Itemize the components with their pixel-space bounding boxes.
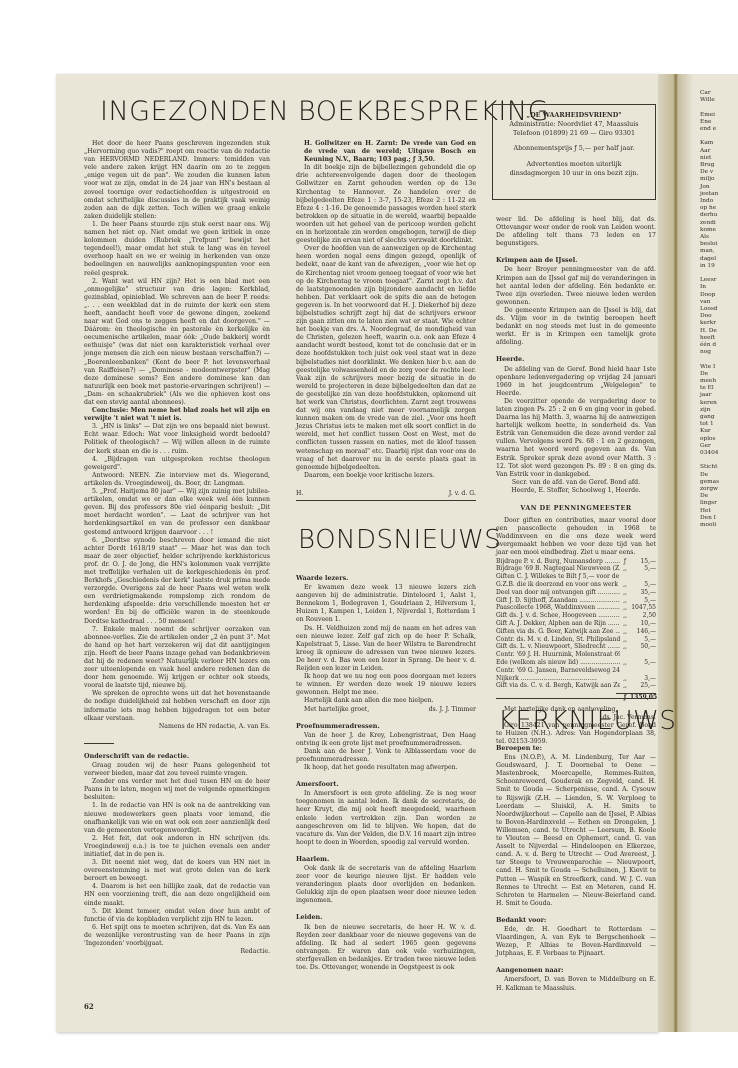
kerknieuws-text: Amersfoort, D. van Boven te Middelburg e… — [496, 976, 656, 992]
donation-label: Gift ds. L. v. Nieuwpoort, Sliedrecht ..… — [496, 643, 620, 651]
ingezonden-paragraph: 2. Want wat wil HN zijn? Het is een blad… — [84, 278, 270, 408]
headline-ingezonden: INGEZONDEN — [100, 96, 289, 127]
donation-row: Gift via ds. C. v. d. Bergh, Katwijk aan… — [496, 682, 656, 690]
redactie-paragraph: 1. In de redactie van HN is ook na de aa… — [84, 802, 270, 834]
donation-currency — [620, 651, 630, 659]
donation-row: Gift J. D. Sijthoff, Zaandam ...........… — [496, 597, 656, 605]
donation-amount: 5,— — [630, 636, 656, 644]
adjacent-page-edge: CarWilleEmeiEneend eKamAarnietBrugDe vmi… — [692, 74, 738, 1032]
adjacent-page-text: 03404 — [700, 450, 718, 458]
box-admin: Administratie: Noordvliet 47, Maassluis — [493, 120, 655, 129]
donation-amount: 5,— — [630, 581, 656, 589]
donation-row: Gift ds. J. v. d. Schee, Hoogeveen .....… — [496, 612, 656, 620]
donation-row: Contr. ds. M. v. d. Linden, St. Philipsl… — [496, 636, 656, 644]
section-signature: Secr. van de afd. van de Geref. Bond afd… — [496, 479, 656, 495]
donation-row: Contr. '69 J. H. Huurnink, Molenstraat 6… — [496, 651, 656, 659]
section-divider — [296, 500, 476, 501]
section-paragraph: Hartelijk dank aan allen die mee hielpen… — [296, 697, 476, 705]
ingezonden-paragraph: We spreken de oprechte wens uit dat het … — [84, 690, 270, 722]
adjacent-page-text: nog — [700, 349, 711, 357]
book-reference: H. Gollwitzer en H. Zarnt: De vrede van … — [296, 140, 476, 164]
redactie-paragraph: Graag zouden wij de heer Paans gelegenhe… — [84, 762, 270, 778]
review-paragraph: Over de hoofden van de aanwezigen op de … — [296, 245, 476, 472]
box-ads: Advertenties moeten uiterlijk dinsdagmor… — [493, 160, 655, 178]
donation-row: Paascollecte 1968, Waddinxveen .........… — [496, 604, 656, 612]
donation-currency: ,, — [620, 682, 630, 690]
box-phone: Telefoon (01899) 21 69 — Giro 93301 — [493, 129, 655, 138]
donation-currency: ƒ — [620, 558, 630, 566]
section-title: Heerde. — [496, 355, 656, 363]
donation-currency: ,, — [620, 612, 630, 620]
donation-row: Deel van door mij ontvangen gift .......… — [496, 589, 656, 597]
penningmeester-intro: Door giften en contributies, maar vooral… — [496, 517, 656, 557]
section-paragraph: weer lid. De afdeling is heel blij, dat … — [496, 216, 656, 248]
ingezonden-paragraph: 3. „HN is links" — Dat zijn we ons bepaa… — [84, 423, 270, 455]
subscription-info-box: „DE WAARHEIDSVRIEND" Administratie: Noor… — [492, 104, 656, 200]
donation-amount: 50,— — [630, 643, 656, 651]
donation-label: Nijkerk ................................… — [496, 675, 620, 683]
headline-bondsnieuws: BONDSNIEUWS — [298, 525, 501, 555]
section-divider — [496, 698, 656, 699]
donation-amount: 25,— — [630, 682, 656, 690]
section-paragraph: Ik ben de nieuwe secretaris, de heer H. … — [296, 924, 476, 973]
donation-amount: 1047,55 — [630, 604, 656, 612]
section-paragraph: Van de heer J. de Krey, Lobengristraat, … — [296, 732, 476, 748]
headline-kerknieuws: KERKNIEUWS — [498, 706, 676, 736]
section-title: Haarlem. — [296, 855, 476, 863]
donation-row: Contr. '69 G. Jansen, Barneveldseweg 24a… — [496, 667, 656, 675]
donation-currency: ,, — [620, 675, 630, 683]
adjacent-page-text: mooli — [700, 522, 716, 530]
penningmeester-title: VAN DE PENNINGMEESTER — [496, 505, 656, 513]
donation-currency: ,, — [620, 620, 630, 628]
donation-label: Bijdrage '69 B. Nagtegaal Nieuwveen (Z.H… — [496, 565, 620, 573]
signoff-name: ds. J. J. Timmer — [429, 706, 476, 714]
donation-amount: 15,— — [630, 558, 656, 566]
donation-amount: 146,— — [630, 628, 656, 636]
section-title: Leiden. — [296, 913, 476, 921]
donation-label: Bijdrage P. v. d. Burg, Numansdorp .....… — [496, 558, 620, 566]
review-paragraph: Daarom, een boekje voor kritische lezers… — [296, 472, 476, 480]
donation-amount — [630, 667, 656, 675]
donation-label: Gift via ds. C. v. d. Bergh, Katwijk aan… — [496, 682, 620, 690]
donation-label: Paascollecte 1968, Waddinxveen .........… — [496, 604, 620, 612]
redactie-paragraph: 5. Dit klemt temeer, omdat velen door hu… — [84, 908, 270, 924]
donation-amount: 5,— — [630, 659, 656, 667]
section-title: Krimpen aan de IJssel. — [496, 256, 656, 264]
donation-currency: ,, — [620, 597, 630, 605]
section-paragraph: De heer Broyer penningmeester van de afd… — [496, 266, 656, 306]
section-paragraph: De voorzitter opende de vergadering door… — [496, 398, 656, 479]
section-title: Proefnummeradressen. — [296, 722, 476, 730]
redactie-paragraph: 4. Daarom is het een billijke zaak, dat … — [84, 883, 270, 907]
signoff-greeting: Met hartelijke groet, — [304, 706, 369, 714]
box-title: „DE WAARHEIDSVRIEND" — [493, 111, 655, 120]
donation-amount: 5,— — [630, 597, 656, 605]
section-paragraph: Er kwamen deze week 13 nieuwe lezers zic… — [296, 584, 476, 624]
page-binding-gutter — [658, 74, 692, 1032]
ingezonden-paragraph: Het door de heer Paans geschreven ingezo… — [84, 140, 270, 221]
short-divider — [84, 743, 114, 744]
section-paragraph: De gemeente Krimpen aan de IJssel is bli… — [496, 307, 656, 347]
section-paragraph: Dank aan de heer J. Vonk te Alblasserdam… — [296, 748, 476, 764]
donation-row: Giften C. J. Willekes te Bilt ƒ 5,— voor… — [496, 573, 656, 581]
donation-label: Contr. ds. M. v. d. Linden, St. Philipsl… — [496, 636, 620, 644]
bondsnieuws-column: Waarde lezers.Er kwamen deze week 13 nie… — [296, 566, 476, 972]
donation-label: G.Z.B. die ik doorzond en voor ons werk … — [496, 581, 620, 589]
section-paragraph: In Amersfoort is een grote afdeling. Ze … — [296, 790, 476, 847]
donation-label: Gift A. J. Dekker, Alphen aan de Rijn ..… — [496, 620, 620, 628]
section-paragraph: De afdeling van de Geref. Bond hield haa… — [496, 366, 656, 398]
donation-currency: ,, — [620, 643, 630, 651]
donation-currency: ,, — [620, 636, 630, 644]
signoff-row: Met hartelijke groet,ds. J. J. Timmer — [296, 706, 476, 714]
donation-row: Nijkerk ................................… — [496, 675, 656, 683]
donation-amount: 5,— — [630, 565, 656, 573]
section-title: Waarde lezers. — [296, 574, 476, 582]
donation-currency: ,, — [620, 659, 630, 667]
adjacent-page-text: end e — [700, 126, 716, 134]
ingezonden-paragraph: 5. „Prof. Haitjema 80 jaar" — Wij zijn z… — [84, 488, 270, 537]
donation-label: Contr. '69 G. Jansen, Barneveldseweg 24a… — [496, 667, 620, 675]
box-price: Abonnementsprijs ƒ 5,— per half jaar. — [493, 144, 655, 153]
donation-label: Gift ds. J. v. d. Schee, Hoogeveen .....… — [496, 612, 620, 620]
review-author-initials: J. v. d. G. — [449, 490, 476, 498]
ingezonden-paragraph: 6. „Dordtse synode beschreven door ieman… — [84, 537, 270, 626]
donation-amount: 10,— — [630, 620, 656, 628]
donations-list: Bijdrage P. v. d. Burg, Numansdorp .....… — [496, 558, 656, 691]
donation-currency — [620, 573, 630, 581]
donation-label: Contr. '69 J. H. Huurnink, Molenstraat 6… — [496, 651, 620, 659]
donation-currency: ,, — [620, 581, 630, 589]
section-title: Amersfoort. — [296, 780, 476, 788]
redactie-signature: Redactie. — [84, 948, 270, 956]
donation-label: Ede (welkom als nieuw lid) .............… — [496, 659, 620, 667]
review-initial-left: H. — [296, 490, 303, 498]
section-paragraph: Ik hoop dat we nu nog een poos doorgaan … — [296, 673, 476, 697]
kerknieuws-subhead: Bedankt voor: — [496, 916, 656, 924]
donation-amount — [630, 651, 656, 659]
donation-amount: 3,— — [630, 675, 656, 683]
donation-label: Deel van door mij ontvangen gift .......… — [496, 589, 620, 597]
donation-currency — [620, 667, 630, 675]
adjacent-page-text: in 19 — [700, 263, 715, 271]
ingezonden-paragraph: Conclusie: Men neme het blad zoals het w… — [84, 407, 270, 423]
section-paragraph: Ds. H. Veldhuizen zond mij de naam en he… — [296, 625, 476, 674]
ingezonden-paragraph: 7. Enkele malen noemt de schrijver oorza… — [84, 626, 270, 691]
donation-row: Ede (welkom als nieuw lid) .............… — [496, 659, 656, 667]
redactie-paragraph: 6. Het spijt ons te moeten schrijven, da… — [84, 924, 270, 948]
page-number: 62 — [84, 1002, 94, 1011]
bondsnieuws-continued-column: weer lid. De afdeling is heel blij, dat … — [496, 216, 656, 746]
redactie-paragraph: 2. Het feit, dat ook anderen in HN schri… — [84, 835, 270, 859]
adjacent-page-text: Wille — [700, 97, 715, 105]
donation-label: Gift J. D. Sijthoff, Zaandam ...........… — [496, 597, 620, 605]
donation-row: Bijdrage P. v. d. Burg, Numansdorp .....… — [496, 558, 656, 566]
kerknieuws-text: Ede, dr. H. Goedhart te Rotterdam — Vlaa… — [496, 926, 656, 958]
redactie-subhead: Onderschrift van de redactie. — [84, 752, 270, 760]
donation-amount: 2,50 — [630, 612, 656, 620]
section-paragraph: Ook dank ik de secretaris van de afdelin… — [296, 865, 476, 905]
ingezonden-paragraph: 4. „Bijdragen van uitgesproken rechtse t… — [84, 456, 270, 472]
boekbespreking-column: H. Gollwitzer en H. Zarnt: De vrede van … — [296, 140, 476, 498]
donation-label: Giften C. J. Willekes te Bilt ƒ 5,— voor… — [496, 573, 620, 581]
kerknieuws-subhead: Aangenomen naar: — [496, 966, 656, 974]
donation-currency: ,, — [620, 628, 630, 636]
donation-amount — [630, 573, 656, 581]
donation-amount: 35,— — [630, 589, 656, 597]
donation-row: Gift ds. L. v. Nieuwpoort, Sliedrecht ..… — [496, 643, 656, 651]
ingezonden-paragraph: 1. De heer Paans stuurde zijn stuk eerst… — [84, 221, 270, 278]
ingezonden-column: Het door de heer Paans geschreven ingezo… — [84, 140, 270, 956]
donation-currency: ,, — [620, 604, 630, 612]
donation-currency: ,, — [620, 589, 630, 597]
redactie-paragraph: 3. Dit neemt niet weg, dat de koers van … — [84, 859, 270, 883]
ingezonden-signature: Namens de HN redactie, A. van Es. — [84, 723, 270, 731]
review-paragraph: In dit boekje zijn de bijbellezingen geb… — [296, 164, 476, 245]
donation-row: Gift A. J. Dekker, Alphen aan de Rijn ..… — [496, 620, 656, 628]
kerknieuws-subhead: Beroepen te: — [496, 744, 656, 752]
kerknieuws-column: Beroepen te:Ens (N.O.P.), A. M. Lindenbu… — [496, 744, 656, 993]
donation-label: Giften via ds. G. Boer, Katwijk aan Zee … — [496, 628, 620, 636]
redactie-paragraph: Zonder ons verder met het duel tusen HN … — [84, 778, 270, 802]
section-paragraph: Ik hoop, dat het goede resultaten mag af… — [296, 764, 476, 772]
donation-currency: ,, — [620, 565, 630, 573]
kerknieuws-text: Ens (N.O.P.), A. M. Lindenburg, Ter Aar … — [496, 754, 656, 908]
donation-row: G.Z.B. die ik doorzond en voor ons werk … — [496, 581, 656, 589]
ingezonden-paragraph: Antwoord: NEEN. Zie interview met ds. Wi… — [84, 472, 270, 488]
donation-row: Giften via ds. G. Boer, Katwijk aan Zee … — [496, 628, 656, 636]
donation-row: Bijdrage '69 B. Nagtegaal Nieuwveen (Z.H… — [496, 565, 656, 573]
